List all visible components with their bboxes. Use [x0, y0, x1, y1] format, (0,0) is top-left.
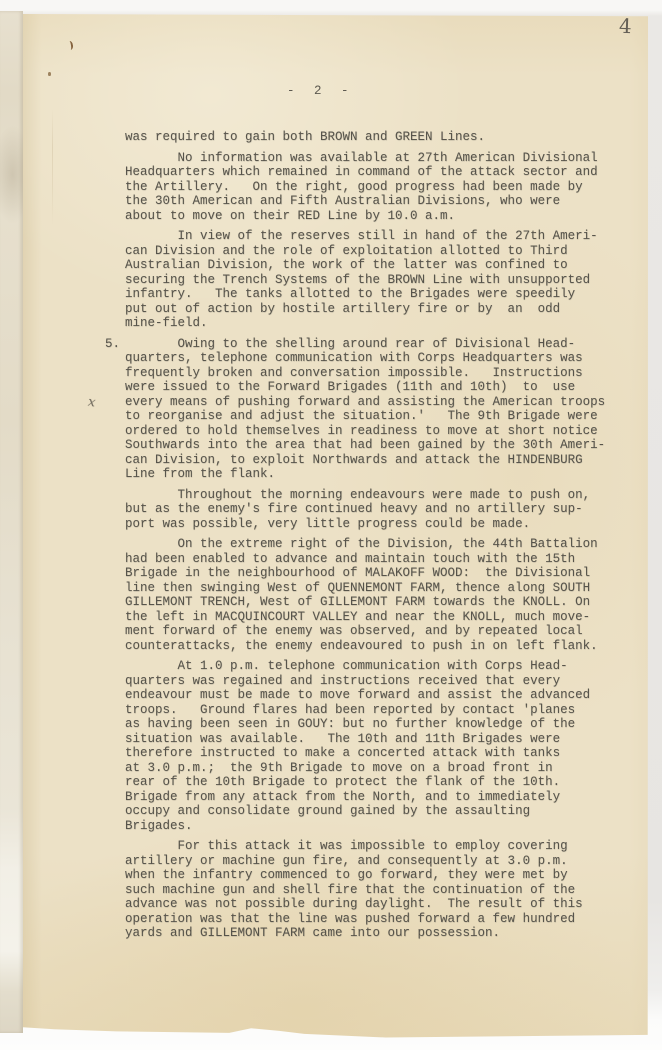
paragraph-text: On the extreme right of the Division, th…: [125, 537, 635, 653]
paragraph: On the extreme right of the Division, th…: [125, 537, 635, 653]
paragraph-text: Throughout the morning endeavours were m…: [125, 488, 635, 532]
paragraph-text: In view of the reserves still in hand of…: [125, 229, 635, 331]
paragraph-text: For this attack it was impossible to emp…: [125, 839, 635, 941]
ink-speck: [66, 41, 73, 51]
paragraph: No information was available at 27th Ame…: [125, 151, 635, 224]
handwritten-page-number: 4: [619, 14, 633, 38]
paragraph: Throughout the morning endeavours were m…: [125, 488, 635, 532]
scan-background: 4 - 2 - was required to gain both BROWN …: [0, 0, 662, 1050]
paragraph-text: was required to gain both BROWN and GREE…: [125, 130, 635, 145]
section-number: 5.: [105, 337, 120, 352]
paragraph-text: No information was available at 27th Ame…: [125, 151, 635, 224]
paper-crease: [52, 108, 53, 226]
underlying-page-edge: [0, 11, 23, 1033]
pencil-x-mark: x: [87, 394, 96, 410]
paragraph: In view of the reserves still in hand of…: [125, 229, 635, 331]
paragraph: was required to gain both BROWN and GREE…: [125, 130, 635, 145]
page-number-header: - 2 -: [287, 84, 355, 98]
ink-speck: [48, 72, 51, 76]
document-page: 4 - 2 - was required to gain both BROWN …: [23, 13, 648, 1038]
paragraphs: was required to gain both BROWN and GREE…: [125, 130, 635, 947]
paragraph-text: Owing to the shelling around rear of Div…: [125, 337, 635, 482]
paragraph: At 1.0 p.m. telephone communication with…: [125, 659, 635, 833]
paragraph: 5.x Owing to the shelling around rear of…: [125, 337, 635, 482]
paragraph-text: At 1.0 p.m. telephone communication with…: [125, 659, 635, 833]
paragraph: For this attack it was impossible to emp…: [125, 839, 635, 941]
